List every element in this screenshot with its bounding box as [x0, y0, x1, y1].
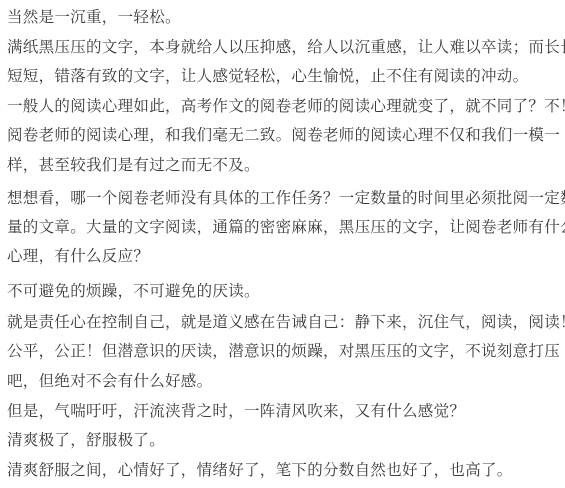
paragraph-9-line-1: 清爽舒服之间，心情好了，情绪好了，笔下的分数自然也好了，也高了。: [7, 460, 513, 480]
article-body: 当然是一沉重，一轻松。 满纸黑压压的文字，本身就给人以压抑感，给人以沉重感，让人…: [0, 0, 565, 488]
paragraph-5-line-1: 不可避免的烦躁，不可避免的厌读。: [7, 281, 260, 301]
paragraph-8-line-1: 清爽极了，舒服极了。: [7, 430, 165, 450]
paragraph-3-line-3: 样，甚至较我们是有过之而无不及。: [7, 155, 260, 175]
paragraph-1-line-1: 当然是一沉重，一轻松。: [7, 7, 181, 27]
paragraph-7-line-1: 但是，气喘吁吁，汗流浃背之时，一阵清风吹来，又有什么感觉？: [7, 401, 465, 421]
paragraph-6-line-2: 公平，公正！但潜意识的厌读，潜意识的烦躁，对黑压压的文字，不说刻意打压: [7, 341, 560, 361]
paragraph-4-line-2: 量的文章。大量的文字阅读，通篇的密密麻麻，黑压压的文字，让阅卷老师有什么: [7, 217, 565, 237]
paragraph-6-line-1: 就是责任心在控制自己，就是道义感在告诫自己：静下来，沉住气，阅读，阅读！: [7, 312, 565, 332]
paragraph-4-line-3: 心理，有什么反应？: [7, 246, 149, 266]
paragraph-3-line-1: 一般人的阅读心理如此，高考作文的阅卷老师的阅读心理就变了，就不同了？不！: [7, 96, 565, 116]
paragraph-6-line-3: 吧，但绝对不会有什么好感。: [7, 371, 212, 391]
paragraph-2-line-1: 满纸黑压压的文字，本身就给人以压抑感，给人以沉重感，让人难以卒读；而长长: [7, 37, 565, 57]
paragraph-2-line-2: 短短，错落有致的文字，让人感觉轻松，心生愉悦，止不住有阅读的冲动。: [7, 66, 528, 86]
paragraph-3-line-2: 阅卷老师的阅读心理，和我们毫无二致。阅卷老师的阅读心理不仅和我们一模一: [7, 125, 560, 145]
paragraph-4-line-1: 想想看，哪一个阅卷老师没有具体的工作任务？一定数量的时间里必须批阅一定数: [7, 188, 565, 208]
